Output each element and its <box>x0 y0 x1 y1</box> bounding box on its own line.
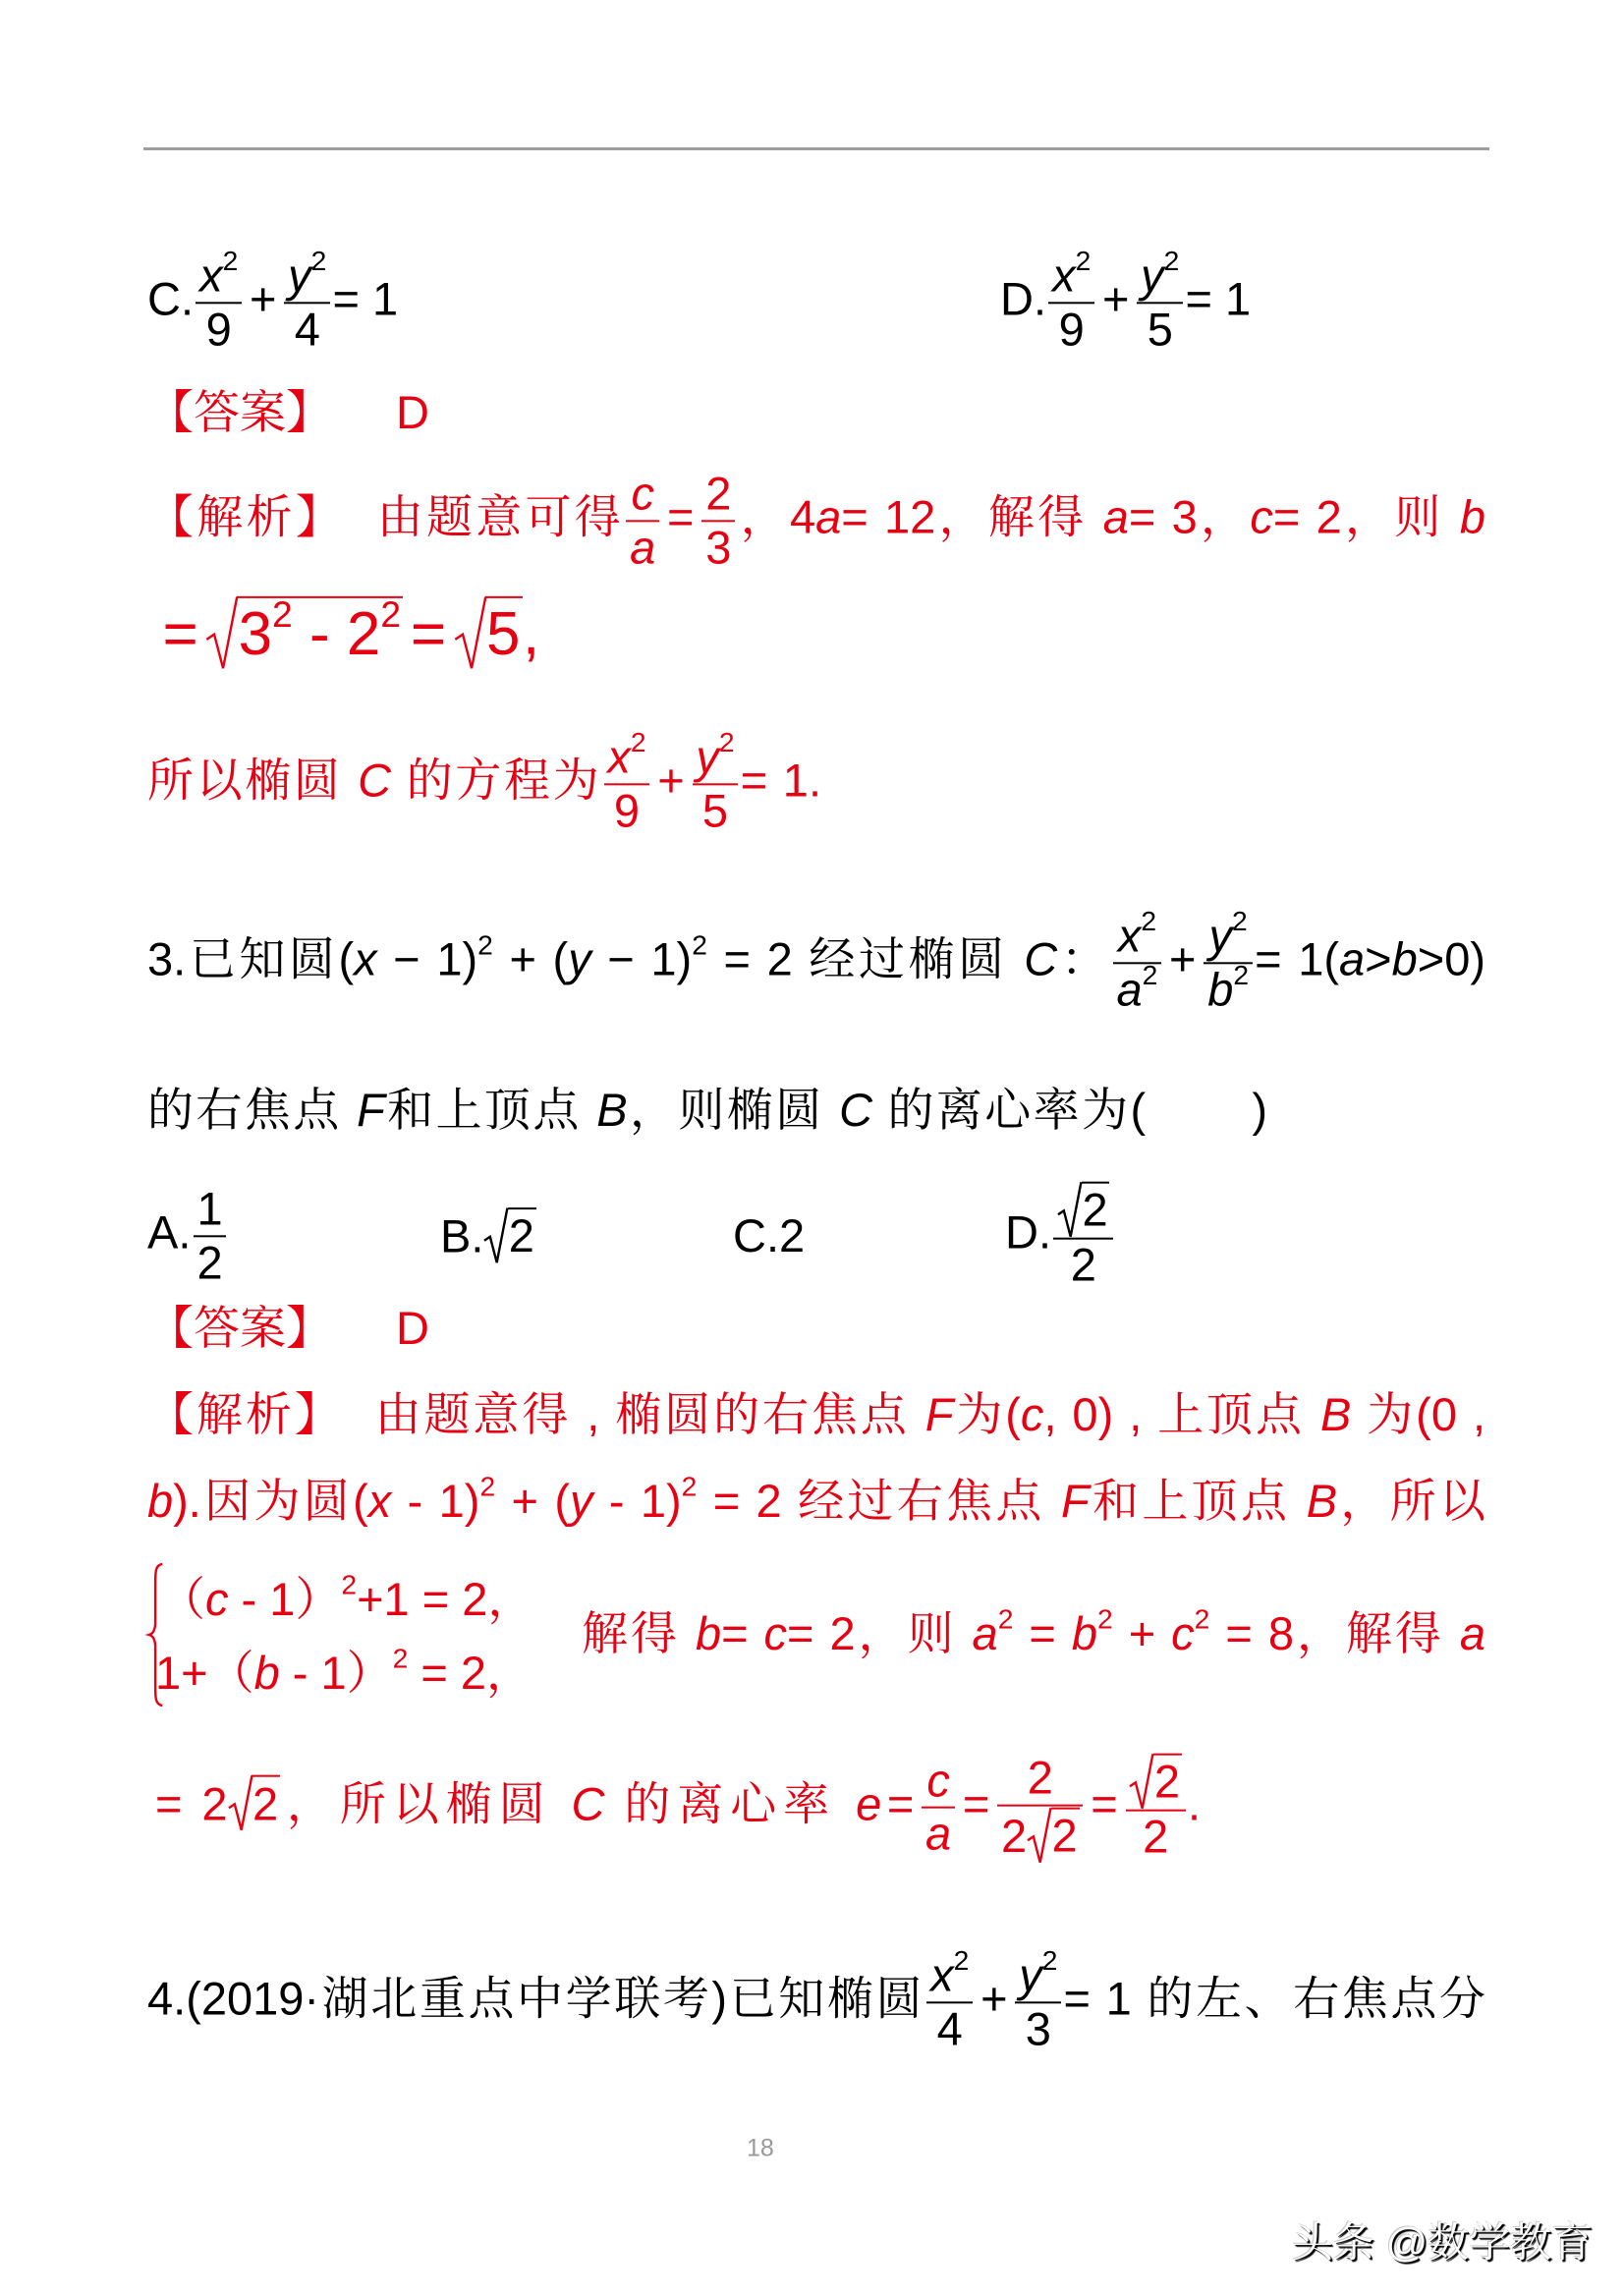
variable-b: b <box>696 1607 721 1659</box>
variable-e: e <box>856 1777 881 1829</box>
variable-a: a <box>815 490 841 542</box>
stem-text: − 1) <box>591 932 693 984</box>
equation-rhs: = 1. <box>741 754 821 806</box>
square-root: 2 <box>1057 1182 1109 1237</box>
variable-x: x <box>368 1475 392 1527</box>
variable-C: C <box>1024 932 1057 984</box>
fraction: y23 <box>1015 1950 1061 2053</box>
numerator: y2 <box>284 251 330 304</box>
analysis-label: 【解析】 <box>147 1388 344 1440</box>
denominator: a2 <box>1113 964 1161 1015</box>
fraction: y2b2 <box>1204 911 1252 1014</box>
variable-x: x <box>930 1948 954 2000</box>
stem-text: ) <box>1252 1084 1267 1136</box>
stem-text: = 2 经过椭圆 <box>707 932 1024 984</box>
variable-b: b <box>1392 932 1418 984</box>
page-number: 18 <box>747 2135 774 2163</box>
analysis-text: 和上顶点 <box>1090 1475 1307 1527</box>
q3-analysis-line-4: = 22，所以椭圆 C 的离心率 e=ca=222=22. <box>155 1754 1201 1863</box>
plus-operator: + <box>1102 272 1129 324</box>
answer-blank <box>1146 1084 1252 1136</box>
analysis-text: = 2 <box>155 1777 228 1829</box>
option-label: C. <box>147 272 194 324</box>
variable-x: x <box>607 730 631 782</box>
denominator: 5 <box>693 785 739 836</box>
q2-answer-label: 【答案】 <box>147 385 332 440</box>
analysis-text: - 1) <box>592 1475 681 1527</box>
radical-sign-icon <box>1057 1182 1081 1237</box>
square-root: 5 <box>454 596 523 668</box>
numerator: 1 <box>194 1184 227 1237</box>
exponent: 2 <box>1232 905 1248 936</box>
variable-b: b <box>1072 1607 1097 1659</box>
plus-operator: + <box>657 754 684 806</box>
square-root: 2 <box>228 1775 280 1830</box>
exponent: 2 <box>479 1471 495 1502</box>
stem-text: = 1 的左、右焦点分 <box>1064 1972 1485 2024</box>
analysis-text: = <box>1013 1607 1071 1659</box>
analysis-text: = 2，则 <box>787 1607 973 1659</box>
radical-sign-icon <box>1027 1807 1050 1862</box>
denominator: 5 <box>1137 304 1183 355</box>
q2-analysis-line-3: 所以椭圆 C 的方程为x29+y25= 1. <box>147 732 821 835</box>
q3-stem-line-1: 3.已知圆(x − 1)2 + (y − 1)2 = 2 经过椭圆 C：x2a2… <box>147 911 1485 1014</box>
fraction: x29 <box>1048 251 1094 354</box>
radicand: 2 <box>1153 1754 1182 1809</box>
denominator: 3 <box>1015 2003 1061 2054</box>
fraction: x24 <box>926 1950 973 2053</box>
stem-text: = 1( <box>1255 932 1339 984</box>
watermark: 头条 @数学教育 <box>1292 2211 1593 2269</box>
exponent: 2 <box>998 1603 1014 1635</box>
fraction-c-over-a: ca <box>922 1756 955 1859</box>
variable-y: y <box>1019 1948 1042 2000</box>
radicand: 2 <box>1051 1807 1080 1862</box>
analysis-label: 【解析】 <box>147 490 345 542</box>
equation-rhs: = 1 <box>1185 272 1251 324</box>
stem-text: 4.(2019·湖北重点中学联考)已知椭圆 <box>147 1972 924 2024</box>
equation-rhs: = 1 <box>332 272 398 324</box>
q3-answer-label: 【答案】 <box>147 1301 332 1356</box>
numerator: y2 <box>1015 1950 1061 2003</box>
system-solution-text: 解得 b= c= 2，则 a2 = b2 + c2 = 8，解得 a <box>582 1606 1485 1661</box>
stem-text: + ( <box>493 932 568 984</box>
exponent: 2 <box>631 726 646 757</box>
stem-text: ： <box>1057 932 1110 984</box>
variable-B: B <box>1307 1475 1337 1527</box>
variable-x: x <box>354 932 377 984</box>
variable-C: C <box>839 1084 872 1136</box>
numerator: 2 <box>997 1754 1083 1807</box>
variable-y: y <box>568 932 591 984</box>
base: 3 <box>239 600 272 668</box>
q3-option-b: B.2 <box>440 1207 536 1264</box>
variable-c: c <box>205 1573 229 1625</box>
q2-answer-value: D <box>396 385 429 440</box>
plus-operator: + <box>1169 932 1196 984</box>
variable-a: a <box>1339 932 1365 984</box>
coefficient: 2 <box>1001 1810 1027 1862</box>
option-label: D. <box>1005 1205 1051 1258</box>
square-root: 32 - 22 <box>205 596 403 668</box>
analysis-text: 的方程为 <box>391 754 601 806</box>
q3-option-d: D.22 <box>1005 1182 1116 1291</box>
stem-text: − 1) <box>377 932 478 984</box>
exponent: 2 <box>223 245 239 276</box>
exponent: 2 <box>1042 1944 1058 1976</box>
variable-c: c <box>1250 490 1273 542</box>
variable-a: a <box>1117 963 1143 1015</box>
q2-analysis-line-2: =32 - 22=5, <box>155 596 539 671</box>
minus-operator: - <box>293 600 347 668</box>
radical-sign-icon <box>228 1775 252 1830</box>
exponent: 2 <box>682 1471 698 1502</box>
equals-operator: = <box>667 490 694 542</box>
equation-text: +1 = 2， <box>357 1573 533 1625</box>
denominator: 9 <box>1048 304 1094 355</box>
denominator: 4 <box>284 304 330 355</box>
denominator: 2 <box>1053 1240 1113 1291</box>
numerator: 2 <box>1053 1182 1113 1240</box>
variable-b: b <box>1460 490 1485 542</box>
fraction: 22 <box>1053 1182 1113 1291</box>
analysis-text: 的离心率 <box>604 1777 856 1829</box>
square-root: 2 <box>1129 1754 1181 1809</box>
numerator: c <box>922 1756 955 1809</box>
equation-text: 1+（ <box>155 1647 254 1699</box>
variable-a: a <box>630 521 655 573</box>
analysis-text: - 1) <box>391 1475 479 1527</box>
exponent: 2 <box>477 928 493 960</box>
variable-b: b <box>254 1647 280 1699</box>
stem-text: 的离心率为( <box>872 1084 1146 1136</box>
numerator: 2 <box>701 469 735 522</box>
option-label: A. <box>147 1205 191 1258</box>
numerator: y2 <box>1204 911 1252 964</box>
numerator: x2 <box>196 251 242 304</box>
denominator: 22 <box>997 1806 1083 1862</box>
fraction: x29 <box>604 732 650 835</box>
variable-c: c <box>1021 1388 1044 1440</box>
stem-text: ，则椭圆 <box>628 1084 839 1136</box>
equals-operator: = <box>411 600 446 668</box>
variable-F: F <box>1061 1475 1090 1527</box>
fraction: 12 <box>194 1184 227 1287</box>
option-label: B. <box>440 1210 483 1262</box>
variable-a: a <box>1460 1607 1485 1659</box>
variable-x: x <box>199 249 223 301</box>
variable-C: C <box>358 754 391 806</box>
analysis-text: = 8，解得 <box>1209 1607 1459 1659</box>
system-equation-1: （c - 1）2+1 = 2， <box>159 1572 533 1627</box>
equals-operator: = <box>162 600 197 668</box>
variable-c: c <box>631 467 654 519</box>
option-label: D. <box>1000 272 1046 324</box>
q2-analysis-line-1: 【解析】 由题意可得ca=23，4a= 12，解得 a= 3，c= 2，则 b <box>147 469 1485 572</box>
variable-b: b <box>1207 963 1233 1015</box>
base: 2 <box>347 600 380 668</box>
stem-text: 和上顶点 <box>385 1084 596 1136</box>
q3-option-c: C.2 <box>733 1208 805 1263</box>
numerator: y2 <box>693 732 739 785</box>
exponent: 2 <box>719 726 735 757</box>
radicand: 2 <box>508 1207 536 1262</box>
equation-text: （ <box>159 1573 205 1625</box>
q3-option-a: A.12 <box>147 1184 229 1287</box>
variable-c: c <box>926 1754 950 1806</box>
analysis-text: ，所以椭圆 <box>280 1777 572 1829</box>
radicand: 2 <box>252 1775 280 1830</box>
variable-a: a <box>973 1607 998 1659</box>
equation-text: - 1） <box>280 1647 393 1699</box>
exponent: 2 <box>692 928 707 960</box>
variable-x: x <box>1118 909 1142 961</box>
radical-sign-icon <box>1129 1754 1152 1809</box>
variable-y: y <box>696 730 719 782</box>
period: . <box>1188 1777 1201 1829</box>
analysis-text: ).因为圆( <box>173 1475 368 1527</box>
numerator: c <box>626 469 659 522</box>
variable-y: y <box>288 249 311 301</box>
stem-text: 的右焦点 <box>147 1084 357 1136</box>
analysis-text: , 0) , 上顶点 <box>1043 1388 1320 1440</box>
analysis-text: = 2 经过右焦点 <box>697 1475 1061 1527</box>
exponent: 2 <box>393 1643 409 1674</box>
system-equation-2: 1+（b - 1）2 = 2， <box>155 1646 532 1701</box>
q4-stem-line-1: 4.(2019·湖北重点中学联考)已知椭圆x24+y23= 1 的左、右焦点分 <box>147 1950 1485 2053</box>
variable-c: c <box>764 1607 788 1659</box>
radical-sign-icon <box>454 596 485 668</box>
variable-C: C <box>571 1777 604 1829</box>
stem-text: 3.已知圆( <box>147 932 354 984</box>
denominator: a <box>626 522 659 573</box>
fraction: 22 <box>1126 1754 1186 1863</box>
plus-operator: + <box>250 272 276 324</box>
exponent: 2 <box>380 593 401 635</box>
variable-a: a <box>925 1808 951 1860</box>
exponent: 2 <box>341 1569 357 1600</box>
q3-analysis-line-2: b).因为圆(x - 1)2 + (y - 1)2 = 2 经过右焦点 F和上顶… <box>147 1474 1485 1529</box>
exponent: 2 <box>1233 959 1249 990</box>
variable-F: F <box>357 1084 385 1136</box>
analysis-text: = 12，解得 <box>841 490 1102 542</box>
radicand: 2 <box>1082 1182 1110 1237</box>
analysis-text: + <box>1113 1607 1171 1659</box>
fraction-c-over-a: ca <box>626 469 659 572</box>
variable-B: B <box>1320 1388 1351 1440</box>
variable-a: a <box>1103 490 1129 542</box>
radicand: 32 - 22 <box>237 596 403 668</box>
variable-y: y <box>1209 909 1233 961</box>
analysis-text: = 3， <box>1129 490 1250 542</box>
analysis-text: ，所以 <box>1337 1475 1485 1527</box>
square-root: 2 <box>483 1207 535 1262</box>
exponent: 2 <box>954 1944 970 1976</box>
q2-option-c: C.x29+y24= 1 <box>147 251 398 354</box>
numerator: x2 <box>604 732 650 785</box>
equals-operator: = <box>1091 1777 1117 1829</box>
denominator: 9 <box>196 304 242 355</box>
analysis-text: 由题意得 , 椭圆的右焦点 <box>344 1388 925 1440</box>
radical-sign-icon <box>483 1207 507 1262</box>
exponent: 2 <box>1076 245 1092 276</box>
numerator: y2 <box>1137 251 1183 304</box>
analysis-text: + ( <box>495 1475 570 1527</box>
denominator: 3 <box>701 522 735 573</box>
analysis-text: 为( <box>953 1388 1020 1440</box>
plus-operator: + <box>980 1972 1007 2024</box>
variable-y: y <box>1141 249 1164 301</box>
denominator: b2 <box>1204 964 1252 1015</box>
denominator: 9 <box>604 785 650 836</box>
q3-analysis-line-1: 【解析】 由题意得 , 椭圆的右焦点 F为(c, 0) , 上顶点 B 为(0 … <box>147 1387 1485 1442</box>
variable-y: y <box>570 1475 593 1527</box>
denominator: 4 <box>926 2003 973 2054</box>
fraction: 222 <box>997 1754 1083 1863</box>
option-value: 2 <box>779 1209 805 1261</box>
variable-x: x <box>1052 249 1076 301</box>
exponent: 2 <box>1097 1603 1113 1635</box>
variable-b: b <box>147 1475 173 1527</box>
variable-F: F <box>925 1388 954 1440</box>
exponent: 2 <box>1195 1603 1210 1635</box>
fraction: x29 <box>196 251 242 354</box>
header-rule <box>143 147 1489 150</box>
denominator: 2 <box>194 1237 227 1288</box>
analysis-text: = 2，则 <box>1273 490 1460 542</box>
fraction-two-thirds: 23 <box>701 469 735 572</box>
denominator: 2 <box>1126 1812 1186 1863</box>
exponent: 2 <box>272 593 293 635</box>
option-label: C. <box>733 1209 779 1261</box>
analysis-text: = <box>721 1607 763 1659</box>
analysis-text: 解得 <box>582 1607 696 1659</box>
greater-than: > <box>1365 932 1391 984</box>
radicand: 5 <box>485 596 523 668</box>
q3-answer-value: D <box>396 1301 429 1356</box>
q3-stem-line-2: 的右焦点 F和上顶点 B，则椭圆 C 的离心率为( ) <box>147 1083 1267 1138</box>
q2-option-d: D.x29+y25= 1 <box>1000 251 1251 354</box>
equals-operator: = <box>963 1777 989 1829</box>
comma: , <box>523 600 539 668</box>
equation-text: = 2， <box>408 1647 532 1699</box>
square-root: 2 <box>1027 1807 1079 1862</box>
analysis-text: 为(0 , <box>1351 1388 1485 1440</box>
analysis-text: 由题意可得 <box>345 490 624 542</box>
fraction: y25 <box>693 732 739 835</box>
fraction: y24 <box>284 251 330 354</box>
variable-c: c <box>1171 1607 1195 1659</box>
fraction: y25 <box>1137 251 1183 354</box>
exponent: 2 <box>311 245 327 276</box>
exponent: 2 <box>1143 959 1158 990</box>
equation-text: - 1） <box>229 1573 342 1625</box>
numerator: x2 <box>926 1950 973 2003</box>
stem-text: >0) <box>1418 932 1485 984</box>
denominator: a <box>922 1809 955 1860</box>
exponent: 2 <box>1141 905 1156 936</box>
numerator: 2 <box>1126 1754 1186 1812</box>
equals-operator: = <box>887 1777 914 1829</box>
analysis-text: 所以椭圆 <box>147 754 358 806</box>
analysis-text: ，4 <box>737 490 815 542</box>
exponent: 2 <box>1164 245 1180 276</box>
numerator: x2 <box>1048 251 1094 304</box>
fraction: x2a2 <box>1113 911 1161 1014</box>
variable-B: B <box>596 1084 627 1136</box>
numerator: x2 <box>1113 911 1161 964</box>
radical-sign-icon <box>205 596 237 668</box>
